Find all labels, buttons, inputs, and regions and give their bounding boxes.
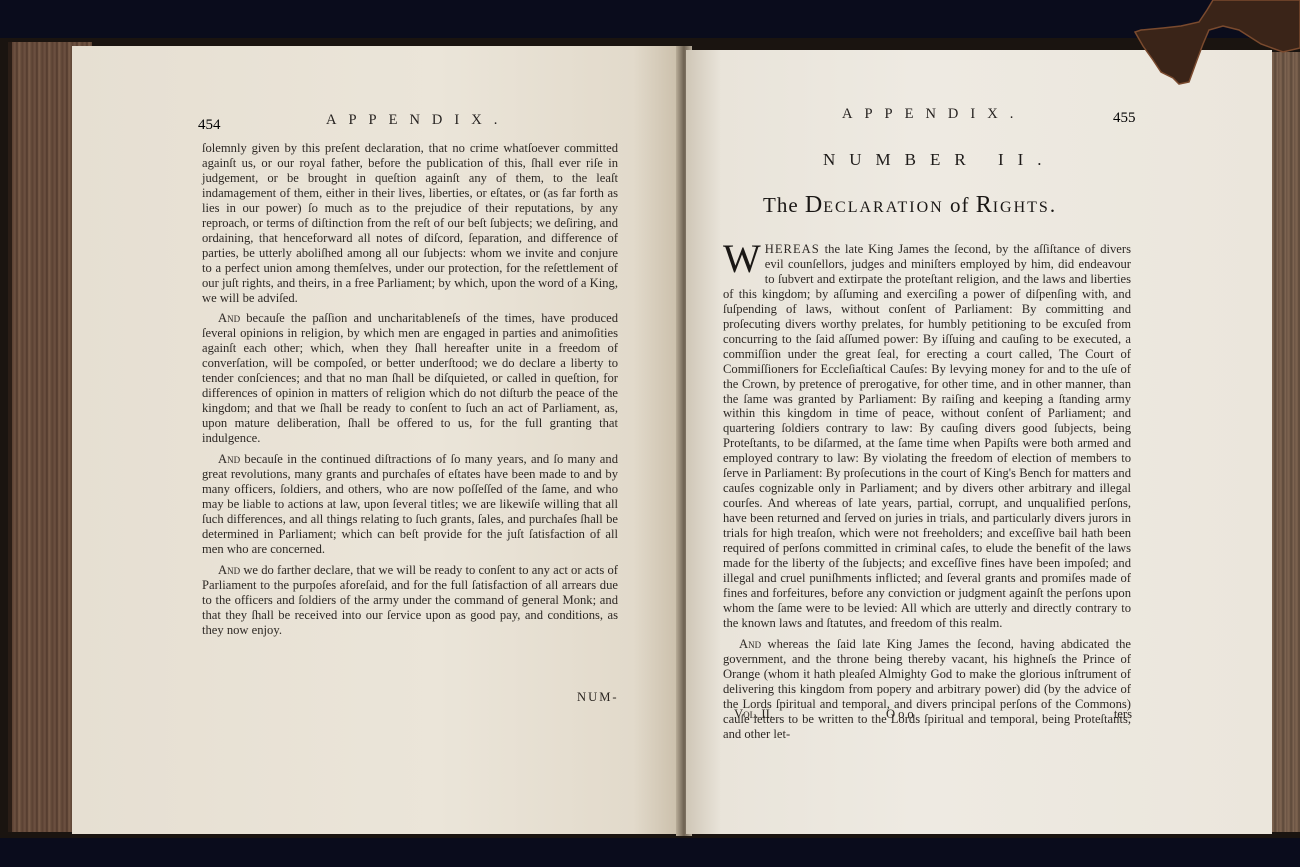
left-page-body: ſolemnly given by this preſent declarati… (202, 141, 618, 644)
section-number: NUMBER II. (823, 150, 1056, 170)
paragraph-lead: And (218, 311, 240, 325)
title-part: IGHTS (993, 199, 1050, 216)
paragraph-lead: And (218, 452, 240, 466)
right-running-head: APPENDIX. (842, 106, 1025, 123)
paragraph: And becauſe in the continued diſtraction… (202, 452, 618, 557)
signature-mark: Ooo (886, 707, 917, 722)
title-part: R (976, 192, 993, 218)
paragraph-lead: And (218, 563, 240, 577)
paragraph-text: ſolemnly given by this preſent declarati… (202, 141, 618, 305)
paragraph-text: we do farther declare, that we will be r… (202, 563, 618, 637)
paragraph: WHEREAS the late King James the ſecond, … (723, 242, 1131, 631)
title-part: D (805, 192, 823, 218)
paragraph: ſolemnly given by this preſent declarati… (202, 141, 618, 305)
catchword: ters (1114, 707, 1132, 722)
document-title: The DECLARATION of RIGHTS. (763, 192, 1056, 219)
paragraph-text: becauſe the paſſion and uncharitableneſs… (202, 311, 618, 445)
paragraph-lead: And (739, 637, 761, 651)
right-page-number: 455 (1113, 110, 1136, 127)
right-page-body: WHEREAS the late King James the ſecond, … (723, 242, 1131, 747)
paragraph: And whereas the ſaid late King James the… (723, 637, 1131, 742)
left-catchword: NUM- (577, 690, 619, 705)
paragraph-text: becauſe in the continued diſtractions of… (202, 452, 618, 556)
paragraph: And we do farther declare, that we will … (202, 563, 618, 638)
title-part: of (944, 193, 976, 217)
left-page-number: 454 (198, 117, 221, 134)
title-part: The (763, 193, 805, 217)
right-page-edges (1270, 52, 1300, 832)
paragraph: And becauſe the paſſion and uncharitable… (202, 311, 618, 446)
volume-label: Vol. II. (734, 707, 773, 722)
paragraph-text: the late King James the ſecond, by the a… (723, 242, 1131, 630)
metal-clip-icon (1133, 0, 1300, 85)
paragraph-lead: HEREAS (765, 242, 820, 256)
paragraph-text: whereas the ſaid late King James the ſec… (723, 637, 1131, 741)
title-part: ECLARATION (823, 199, 943, 216)
title-part: . (1050, 193, 1056, 217)
drop-cap: W (723, 243, 761, 275)
left-running-head: APPENDIX. (326, 112, 509, 129)
